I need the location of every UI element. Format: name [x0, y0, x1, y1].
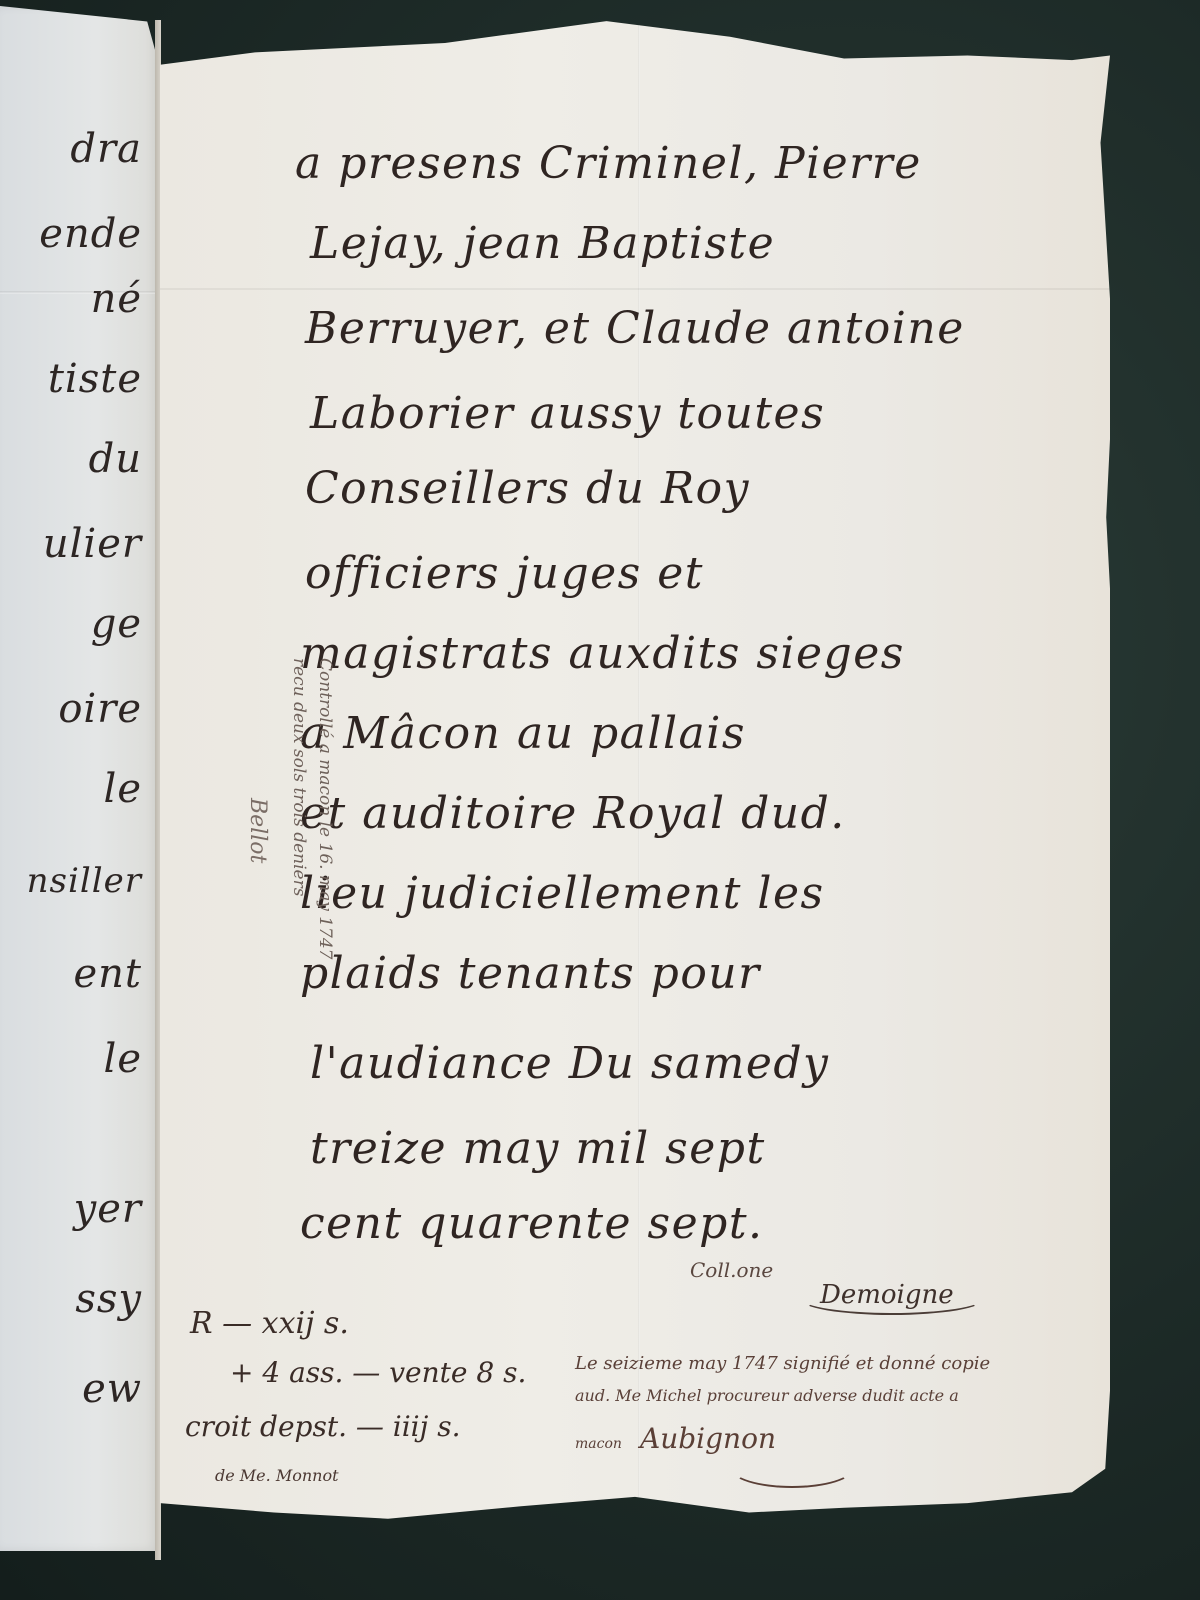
horizontal-fold-crease: [160, 288, 1110, 290]
margin-note-line: Controllé a macon le 16. may 1747: [312, 658, 338, 960]
left-line: ssy: [75, 1276, 142, 1322]
left-line: ulier: [43, 521, 142, 567]
left-line: du: [89, 436, 142, 482]
left-line: ent: [73, 951, 142, 997]
signature-flourish: [730, 1448, 854, 1488]
main-page: a presens Criminel, Pierre Lejay, jean B…: [160, 18, 1110, 1578]
manuscript-line: Laborier aussy toutes: [310, 388, 825, 439]
fee-attribution: de Me. Monnot: [215, 1466, 339, 1485]
manuscript-line: et auditoire Royal dud.: [300, 788, 846, 839]
manuscript-line: Conseillers du Roy: [305, 463, 750, 514]
left-page: dra ende né tiste du ulier ge oire le ns…: [0, 6, 160, 1551]
manuscript-line: plaids tenants pour: [300, 948, 761, 999]
left-line: dra: [70, 126, 142, 172]
left-line: nsiller: [27, 861, 142, 901]
manuscript-line: treize may mil sept: [310, 1123, 766, 1174]
left-line: le: [104, 1036, 142, 1082]
left-line: ge: [91, 601, 142, 647]
manuscript-line: a presens Criminel, Pierre: [295, 138, 922, 189]
manuscript-line: lieu judiciellement les: [300, 868, 825, 919]
manuscript-line: Berruyer, et Claude antoine: [305, 303, 965, 354]
margin-signature: Bellot: [245, 798, 270, 863]
fee-note: + 4 ass. — vente 8 s.: [230, 1356, 526, 1389]
margin-note-line: recu deux sols trois deniers: [286, 658, 312, 960]
signification-line: Le seizieme may 1747 signifié et donné c…: [575, 1353, 990, 1374]
manuscript-line: cent quarente sept.: [300, 1198, 764, 1249]
signification-line: aud. Me Michel procureur adverse dudit a…: [575, 1386, 959, 1405]
signification-line: macon: [575, 1436, 622, 1452]
left-line: ende: [39, 211, 142, 257]
vertical-margin-note: Controllé a macon le 16. may 1747 recu d…: [286, 658, 338, 960]
fee-note: croit depst. — iiij s.: [185, 1410, 461, 1443]
left-line: yer: [74, 1186, 142, 1232]
signature-flourish: [800, 1283, 984, 1315]
left-line: tiste: [48, 356, 142, 402]
left-line: oire: [58, 686, 142, 732]
fee-note: R — xxij s.: [190, 1306, 349, 1341]
left-line: né: [91, 276, 142, 322]
left-line: le: [104, 766, 142, 812]
manuscript-line: magistrats auxdits sieges: [300, 628, 905, 679]
manuscript-line: l'audiance Du samedy: [310, 1038, 829, 1089]
signification-signature: Aubignon: [640, 1422, 776, 1455]
manuscript-line: officiers juges et: [305, 548, 704, 599]
manuscript-line: a Mâcon au pallais: [300, 708, 746, 759]
collation-label: Coll.one: [690, 1258, 773, 1282]
manuscript-line: Lejay, jean Baptiste: [310, 218, 775, 269]
left-line: ew: [82, 1366, 142, 1412]
